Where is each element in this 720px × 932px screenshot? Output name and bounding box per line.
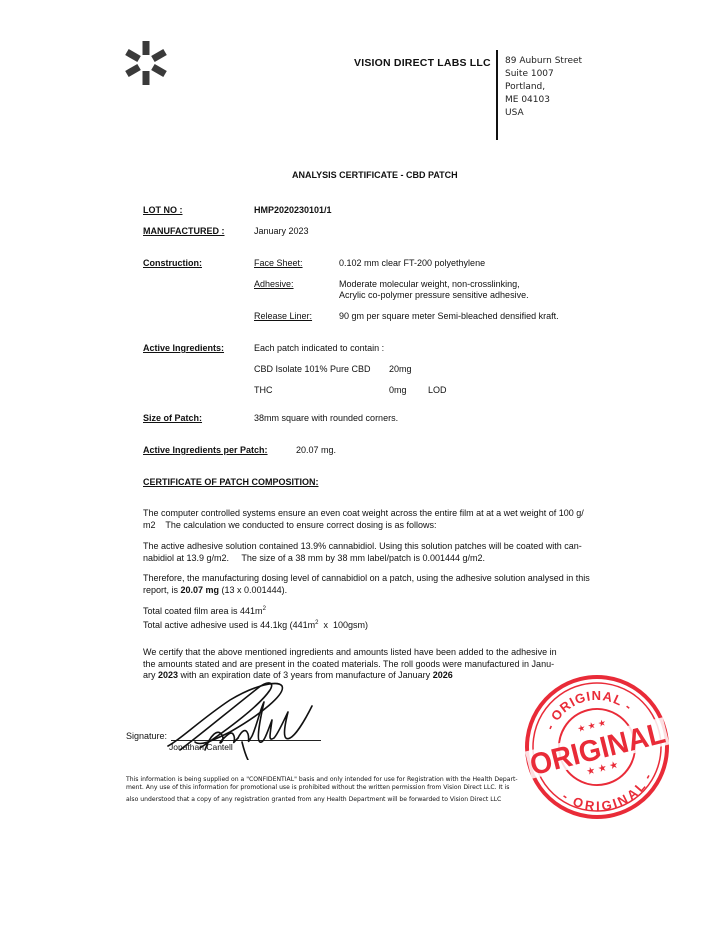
original-stamp-icon: - ORIGINAL - - ORIGINAL - ★ ★ ★ ★ ★ ★ OR… (522, 672, 672, 822)
manufactured-value: January 2023 (254, 226, 309, 236)
text-line: Total active adhesive used is 44.1kg (44… (143, 618, 613, 632)
text-line: Therefore, the manufacturing dosing leve… (143, 573, 613, 585)
size-value: 38mm square with rounded corners. (254, 413, 398, 423)
address-line: 89 Auburn Street (505, 55, 582, 68)
paragraph-totals: Total coated film area is 441m2 Total ac… (143, 604, 613, 631)
header-divider (496, 50, 498, 140)
per-patch-value: 20.07 mg. (296, 445, 336, 455)
handwritten-signature (160, 680, 330, 760)
paragraph-coat-weight: The computer controlled systems ensure a… (143, 508, 613, 531)
ingredient-note: LOD (428, 385, 447, 395)
company-name: VISION DIRECT LABS LLC (354, 57, 491, 69)
text-line: nabidiol at 13.9 g/m2. The size of a 38 … (143, 553, 613, 565)
text-line: m2 The calculation we conducted to ensur… (143, 520, 613, 532)
asterisk-logo-icon (121, 41, 171, 85)
per-patch-label: Active Ingredients per Patch: (143, 445, 268, 455)
active-ingredients-intro: Each patch indicated to contain : (254, 343, 384, 353)
dosing-value: 20.07 mg (181, 585, 220, 595)
ingredient-name: THC (254, 385, 273, 395)
address-line: Portland, (505, 81, 582, 94)
composition-heading: CERTIFICATE OF PATCH COMPOSITION: (143, 477, 319, 487)
release-liner-value: 90 gm per square meter Semi-bleached den… (339, 311, 559, 321)
ingredient-amount: 20mg (389, 364, 412, 374)
adhesive-value-line2: Acrylic co-polymer pressure sensitive ad… (339, 290, 529, 300)
document-title: ANALYSIS CERTIFICATE - CBD PATCH (292, 170, 458, 180)
adhesive-value-line1: Moderate molecular weight, non-crosslink… (339, 279, 520, 289)
text-line: Total coated film area is 441m2 (143, 604, 613, 618)
ingredient-name: CBD Isolate 101% Pure CBD (254, 364, 371, 374)
construction-label: Construction: (143, 258, 202, 268)
address-line: Suite 1007 (505, 68, 582, 81)
manufactured-label: MANUFACTURED : (143, 226, 225, 236)
company-address: 89 Auburn Street Suite 1007 Portland, ME… (505, 55, 582, 120)
address-line: USA (505, 107, 582, 120)
text-line: report, is 20.07 mg (13 x 0.001444). (143, 585, 613, 597)
text-line: the amounts stated and are present in th… (143, 659, 613, 671)
active-ingredients-label: Active Ingredients: (143, 343, 224, 353)
size-label: Size of Patch: (143, 413, 202, 423)
lot-label: LOT NO : (143, 205, 183, 215)
text-line: The computer controlled systems ensure a… (143, 508, 613, 520)
adhesive-label: Adhesive: (254, 279, 294, 289)
paragraph-active-solution: The active adhesive solution contained 1… (143, 541, 613, 564)
ingredient-amount: 0mg (389, 385, 407, 395)
paragraph-dosing-level: Therefore, the manufacturing dosing leve… (143, 573, 613, 596)
face-sheet-label: Face Sheet: (254, 258, 303, 268)
address-line: ME 04103 (505, 94, 582, 107)
text-line: We certify that the above mentioned ingr… (143, 647, 613, 659)
lot-value: HMP2020230101/1 (254, 205, 332, 215)
release-liner-label: Release Liner: (254, 311, 312, 321)
face-sheet-value: 0.102 mm clear FT-200 polyethylene (339, 258, 485, 268)
text-line: The active adhesive solution contained 1… (143, 541, 613, 553)
